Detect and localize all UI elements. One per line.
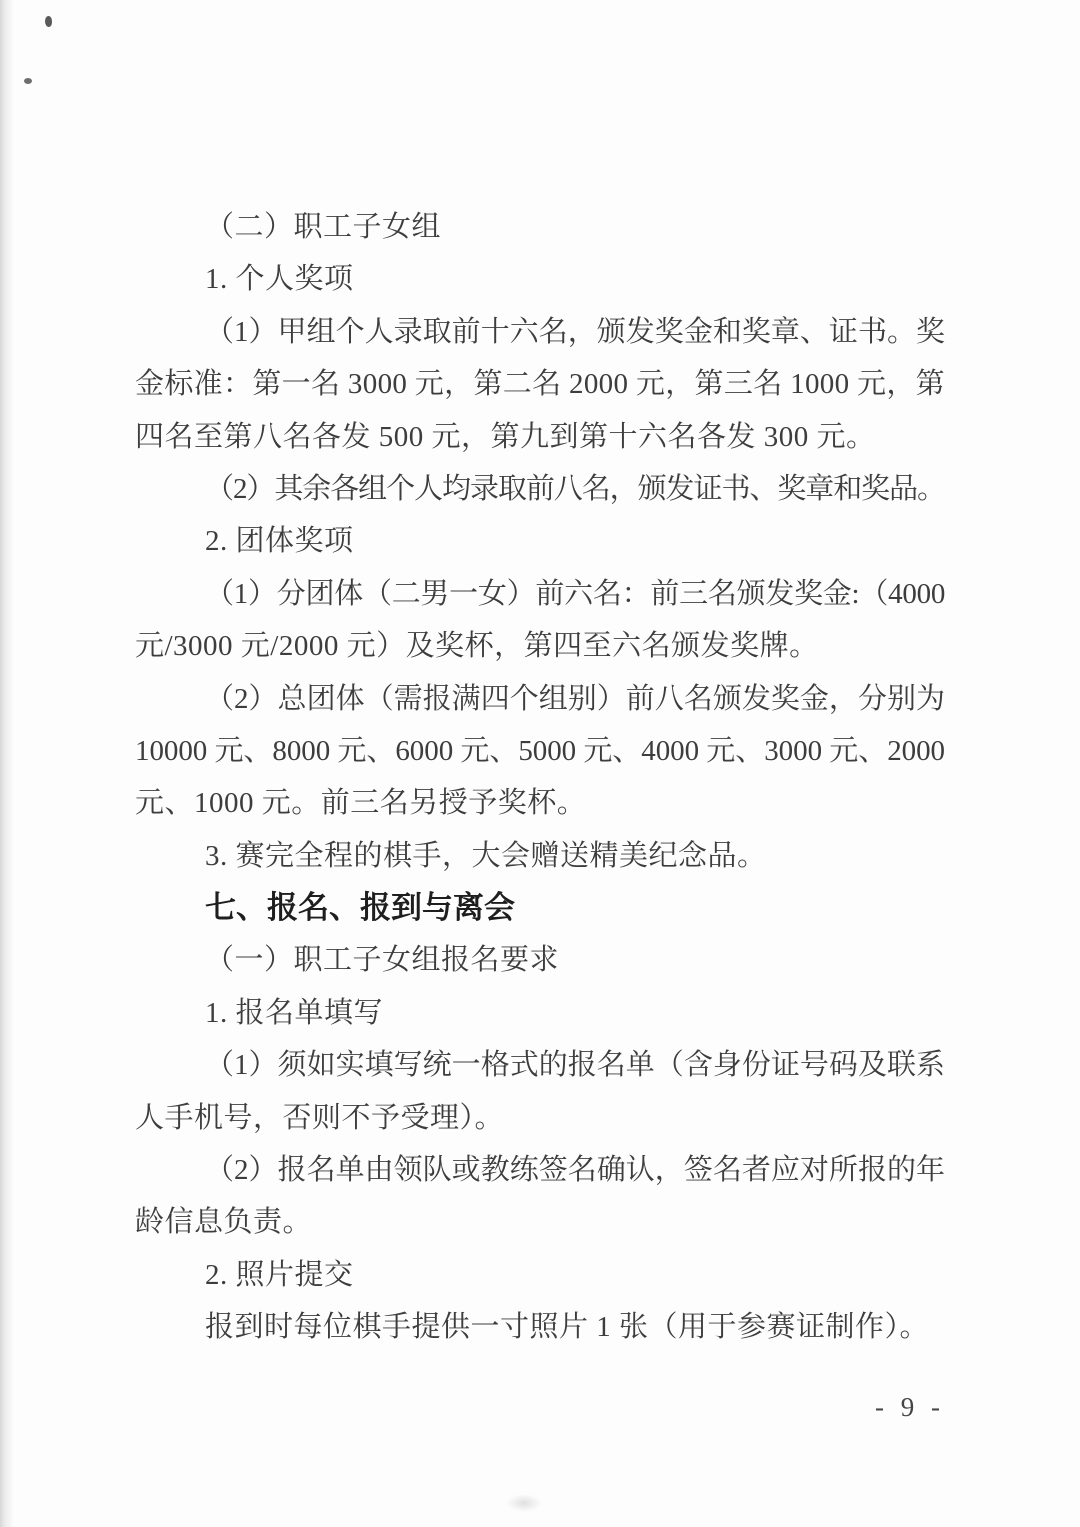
scan-speck [24,78,32,84]
text-line: 人手机号，否则不予受理）。 [135,1092,945,1144]
text-line: 3. 赛完全程的棋手，大会赠送精美纪念品。 [135,830,945,882]
text-line: （一）职工子女组报名要求 [135,934,945,986]
text-line: （1）甲组个人录取前十六名，颁发奖金和奖章、证书。奖 [135,306,945,358]
text-line: 10000 元、8000 元、6000 元、5000 元、4000 元、3000… [135,725,945,777]
text-line: 1. 报名单填写 [135,987,945,1039]
text-line: 金标准：第一名 3000 元，第二名 2000 元，第三名 1000 元，第 [135,358,945,410]
section-heading: 七、报名、报到与离会 [135,882,945,934]
document-page: （二）职工子女组 1. 个人奖项 （1）甲组个人录取前十六名，颁发奖金和奖章、证… [0,0,1080,1527]
scan-smudge [506,1494,542,1512]
text-line: 1. 个人奖项 [135,253,945,305]
text-line: 元/3000 元/2000 元）及奖杯，第四至六名颁发奖牌。 [135,620,945,672]
text-line: 四名至第八名各发 500 元，第九到第十六名各发 300 元。 [135,411,945,463]
text-line: 龄信息负责。 [135,1196,945,1248]
document-body: （二）职工子女组 1. 个人奖项 （1）甲组个人录取前十六名，颁发奖金和奖章、证… [135,201,945,1354]
text-line: （二）职工子女组 [135,201,945,253]
text-line: 报到时每位棋手提供一寸照片 1 张（用于参赛证制作）。 [135,1301,945,1353]
text-line: 2. 照片提交 [135,1249,945,1301]
text-line: 2. 团体奖项 [135,515,945,567]
text-line: （2）总团体（需报满四个组别）前八名颁发奖金，分别为 [135,673,945,725]
text-line: （2）报名单由领队或教练签名确认，签名者应对所报的年 [135,1144,945,1196]
page-edge-shadow [0,0,14,1527]
scan-speck [45,16,52,27]
text-line: （2）其余各组个人均录取前八名，颁发证书、奖章和奖品。 [135,463,945,515]
text-line: （1）须如实填写统一格式的报名单（含身份证号码及联系 [135,1039,945,1091]
text-line: （1）分团体（二男一女）前六名：前三名颁发奖金:（4000 [135,568,945,620]
page-number: - 9 - [875,1392,945,1423]
text-line: 元、1000 元。前三名另授予奖杯。 [135,777,945,829]
